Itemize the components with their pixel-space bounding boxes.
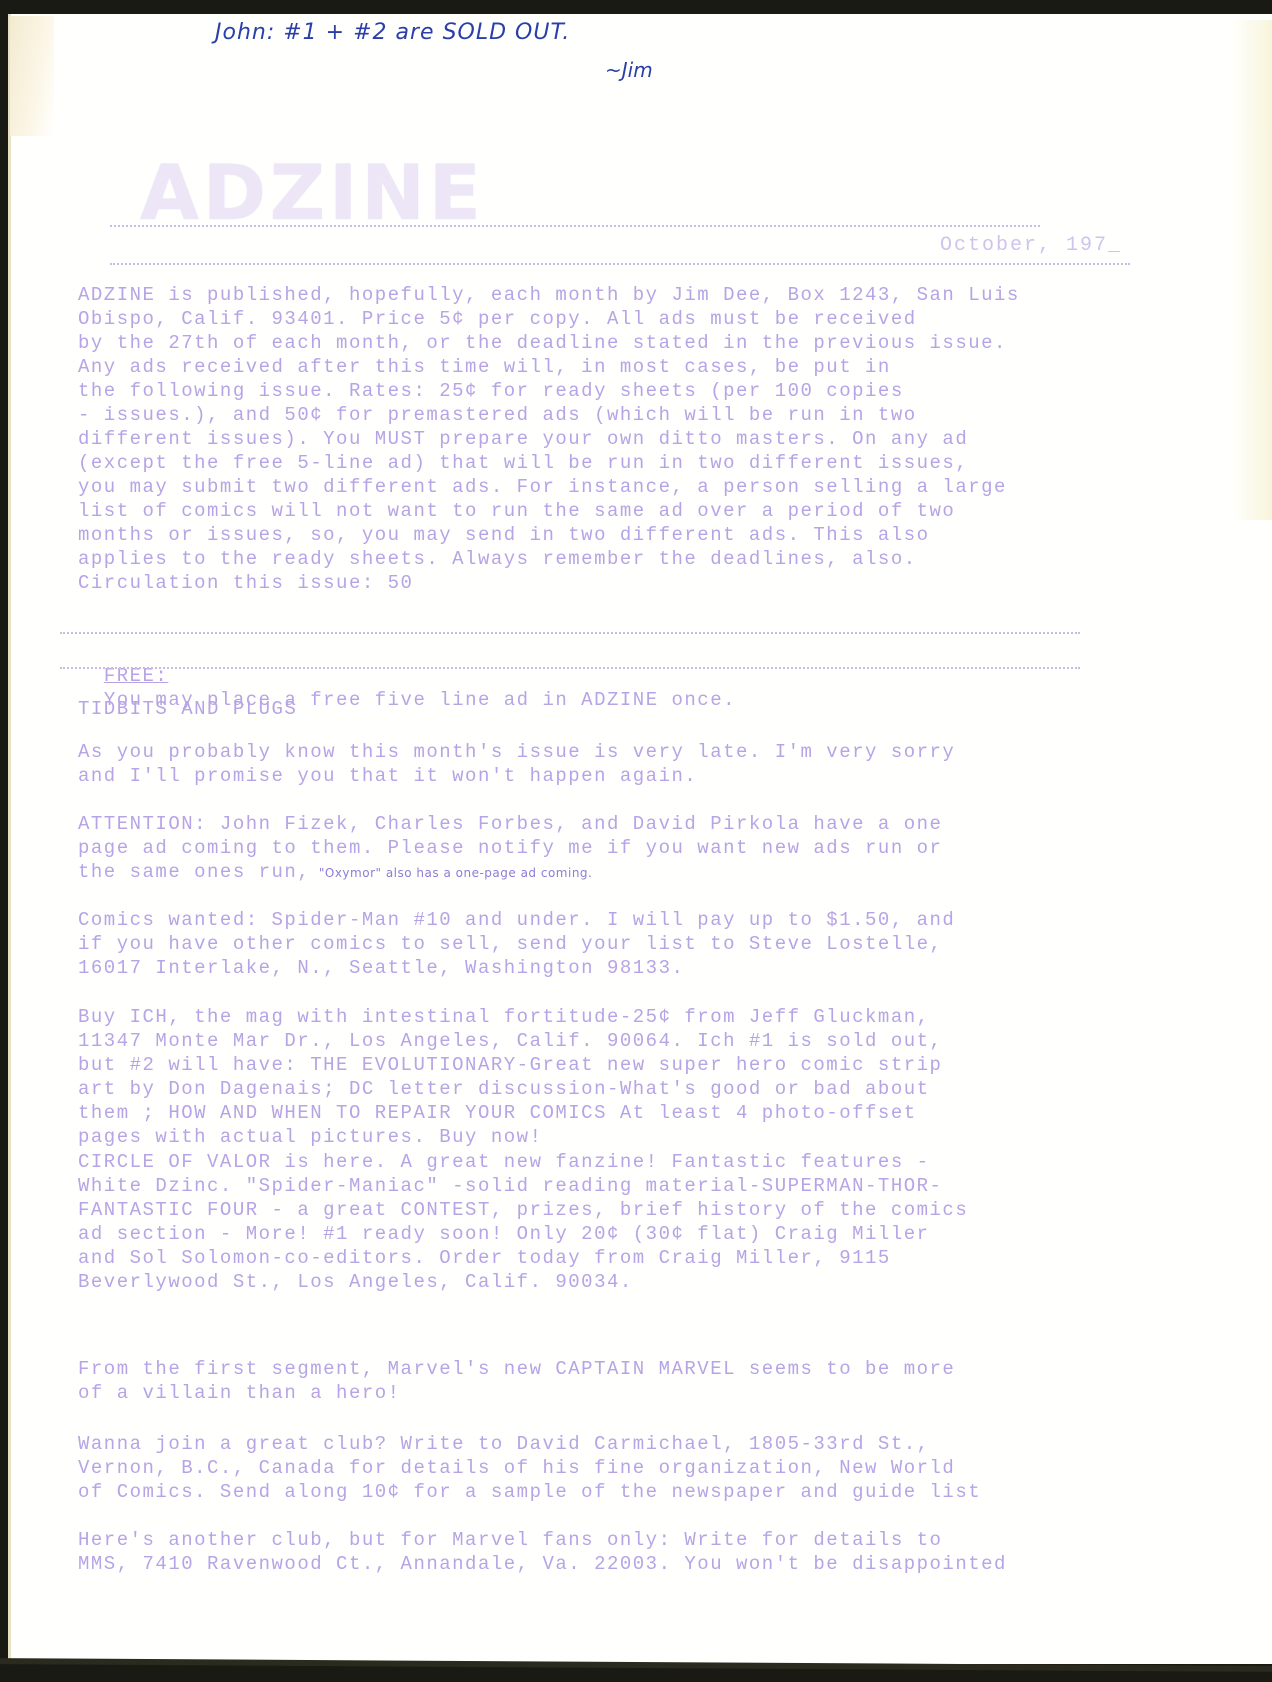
tidbit-item: ATTENTION: John Fizek, Charles Forbes, a… bbox=[78, 812, 942, 885]
tidbit-line: of a villain than a hero! bbox=[78, 1381, 955, 1405]
tidbit-line: Here's another club, but for Marvel fans… bbox=[78, 1528, 1007, 1552]
tidbit-item: CIRCLE OF VALOR is here. A great new fan… bbox=[78, 1150, 968, 1294]
tidbit-line: Beverlywood St., Los Angeles, Calif. 900… bbox=[78, 1270, 968, 1294]
tidbit-line: of Comics. Send along 10¢ for a sample o… bbox=[78, 1480, 981, 1504]
tidbit-item: From the first segment, Marvel's new CAP… bbox=[78, 1357, 955, 1405]
free-ad-rule-top bbox=[60, 632, 1080, 634]
tidbit-line: FANTASTIC FOUR - a great CONTEST, prizes… bbox=[78, 1198, 968, 1222]
tidbit-line: ATTENTION: John Fizek, Charles Forbes, a… bbox=[78, 812, 942, 836]
intro-line: (except the free 5-line ad) that will be… bbox=[78, 451, 1020, 475]
intro-line: Obispo, Calif. 93401. Price 5¢ per copy.… bbox=[78, 307, 1020, 331]
tidbit-item: Buy ICH, the mag with intestinal fortitu… bbox=[78, 1005, 942, 1149]
intro-paragraph: ADZINE is published, hopefully, each mon… bbox=[78, 283, 1020, 595]
tidbit-line: the same ones run, "Oxymor" also has a o… bbox=[78, 860, 942, 885]
tidbit-item: As you probably know this month's issue … bbox=[78, 740, 955, 788]
intro-line: applies to the ready sheets. Always reme… bbox=[78, 547, 1020, 571]
tidbit-line: and I'll promise you that it won't happe… bbox=[78, 764, 955, 788]
folded-corner bbox=[10, 16, 54, 136]
tidbit-line: 11347 Monte Mar Dr., Los Angeles, Calif.… bbox=[78, 1029, 942, 1053]
tidbit-line: MMS, 7410 Ravenwood Ct., Annandale, Va. … bbox=[78, 1552, 1007, 1576]
intro-line: months or issues, so, you may send in tw… bbox=[78, 523, 1020, 547]
paper-stain bbox=[1232, 20, 1272, 520]
tidbit-line: pages with actual pictures. Buy now! bbox=[78, 1125, 942, 1149]
masthead-rule-bottom bbox=[110, 263, 1130, 265]
handwritten-signature: ~Jim bbox=[605, 58, 653, 82]
free-ad-rule-bottom bbox=[60, 667, 1080, 669]
tidbit-line: art by Don Dagenais; DC letter discussio… bbox=[78, 1077, 942, 1101]
intro-line: you may submit two different ads. For in… bbox=[78, 475, 1020, 499]
intro-line: by the 27th of each month, or the deadli… bbox=[78, 331, 1020, 355]
intro-line: Circulation this issue: 50 bbox=[78, 571, 1020, 595]
section-heading: TIDBITS AND PLUGS bbox=[78, 698, 297, 720]
masthead-rule-top bbox=[110, 225, 1040, 227]
tidbit-line: Vernon, B.C., Canada for details of his … bbox=[78, 1456, 981, 1480]
intro-line: Any ads received after this time will, i… bbox=[78, 355, 1020, 379]
handwritten-addition: "Oxymor" also has a one-page ad coming. bbox=[310, 866, 592, 880]
tidbit-line: White Dzinc. "Spider-Maniac" -solid read… bbox=[78, 1174, 968, 1198]
intro-line: - issues.), and 50¢ for premastered ads … bbox=[78, 403, 1020, 427]
tidbit-line: them ; HOW AND WHEN TO REPAIR YOUR COMIC… bbox=[78, 1101, 942, 1125]
tidbit-line: if you have other comics to sell, send y… bbox=[78, 932, 955, 956]
intro-line: list of comics will not want to run the … bbox=[78, 499, 1020, 523]
tidbit-line: Wanna join a great club? Write to David … bbox=[78, 1432, 981, 1456]
intro-line: the following issue. Rates: 25¢ for read… bbox=[78, 379, 1020, 403]
intro-line: ADZINE is published, hopefully, each mon… bbox=[78, 283, 1020, 307]
handwritten-note: John: #1 + #2 are SOLD OUT. bbox=[215, 20, 570, 45]
tidbit-line: CIRCLE OF VALOR is here. A great new fan… bbox=[78, 1150, 968, 1174]
intro-line: different issues). You MUST prepare your… bbox=[78, 427, 1020, 451]
tidbit-item: Here's another club, but for Marvel fans… bbox=[78, 1528, 1007, 1576]
tidbit-line: but #2 will have: THE EVOLUTIONARY-Great… bbox=[78, 1053, 942, 1077]
tidbit-line: As you probably know this month's issue … bbox=[78, 740, 955, 764]
masthead-title: ADZINE bbox=[140, 148, 485, 237]
tidbit-line: Comics wanted: Spider-Man #10 and under.… bbox=[78, 908, 955, 932]
tidbit-item: Wanna join a great club? Write to David … bbox=[78, 1432, 981, 1504]
tidbit-line: 16017 Interlake, N., Seattle, Washington… bbox=[78, 956, 955, 980]
tidbit-line: ad section - More! #1 ready soon! Only 2… bbox=[78, 1222, 968, 1246]
tidbit-line: page ad coming to them. Please notify me… bbox=[78, 836, 942, 860]
tidbit-line: and Sol Solomon-co-editors. Order today … bbox=[78, 1246, 968, 1270]
tidbit-line: Buy ICH, the mag with intestinal fortitu… bbox=[78, 1005, 942, 1029]
tidbit-item: Comics wanted: Spider-Man #10 and under.… bbox=[78, 908, 955, 980]
issue-date: October, 197_ bbox=[940, 234, 1122, 257]
tidbit-line: From the first segment, Marvel's new CAP… bbox=[78, 1357, 955, 1381]
